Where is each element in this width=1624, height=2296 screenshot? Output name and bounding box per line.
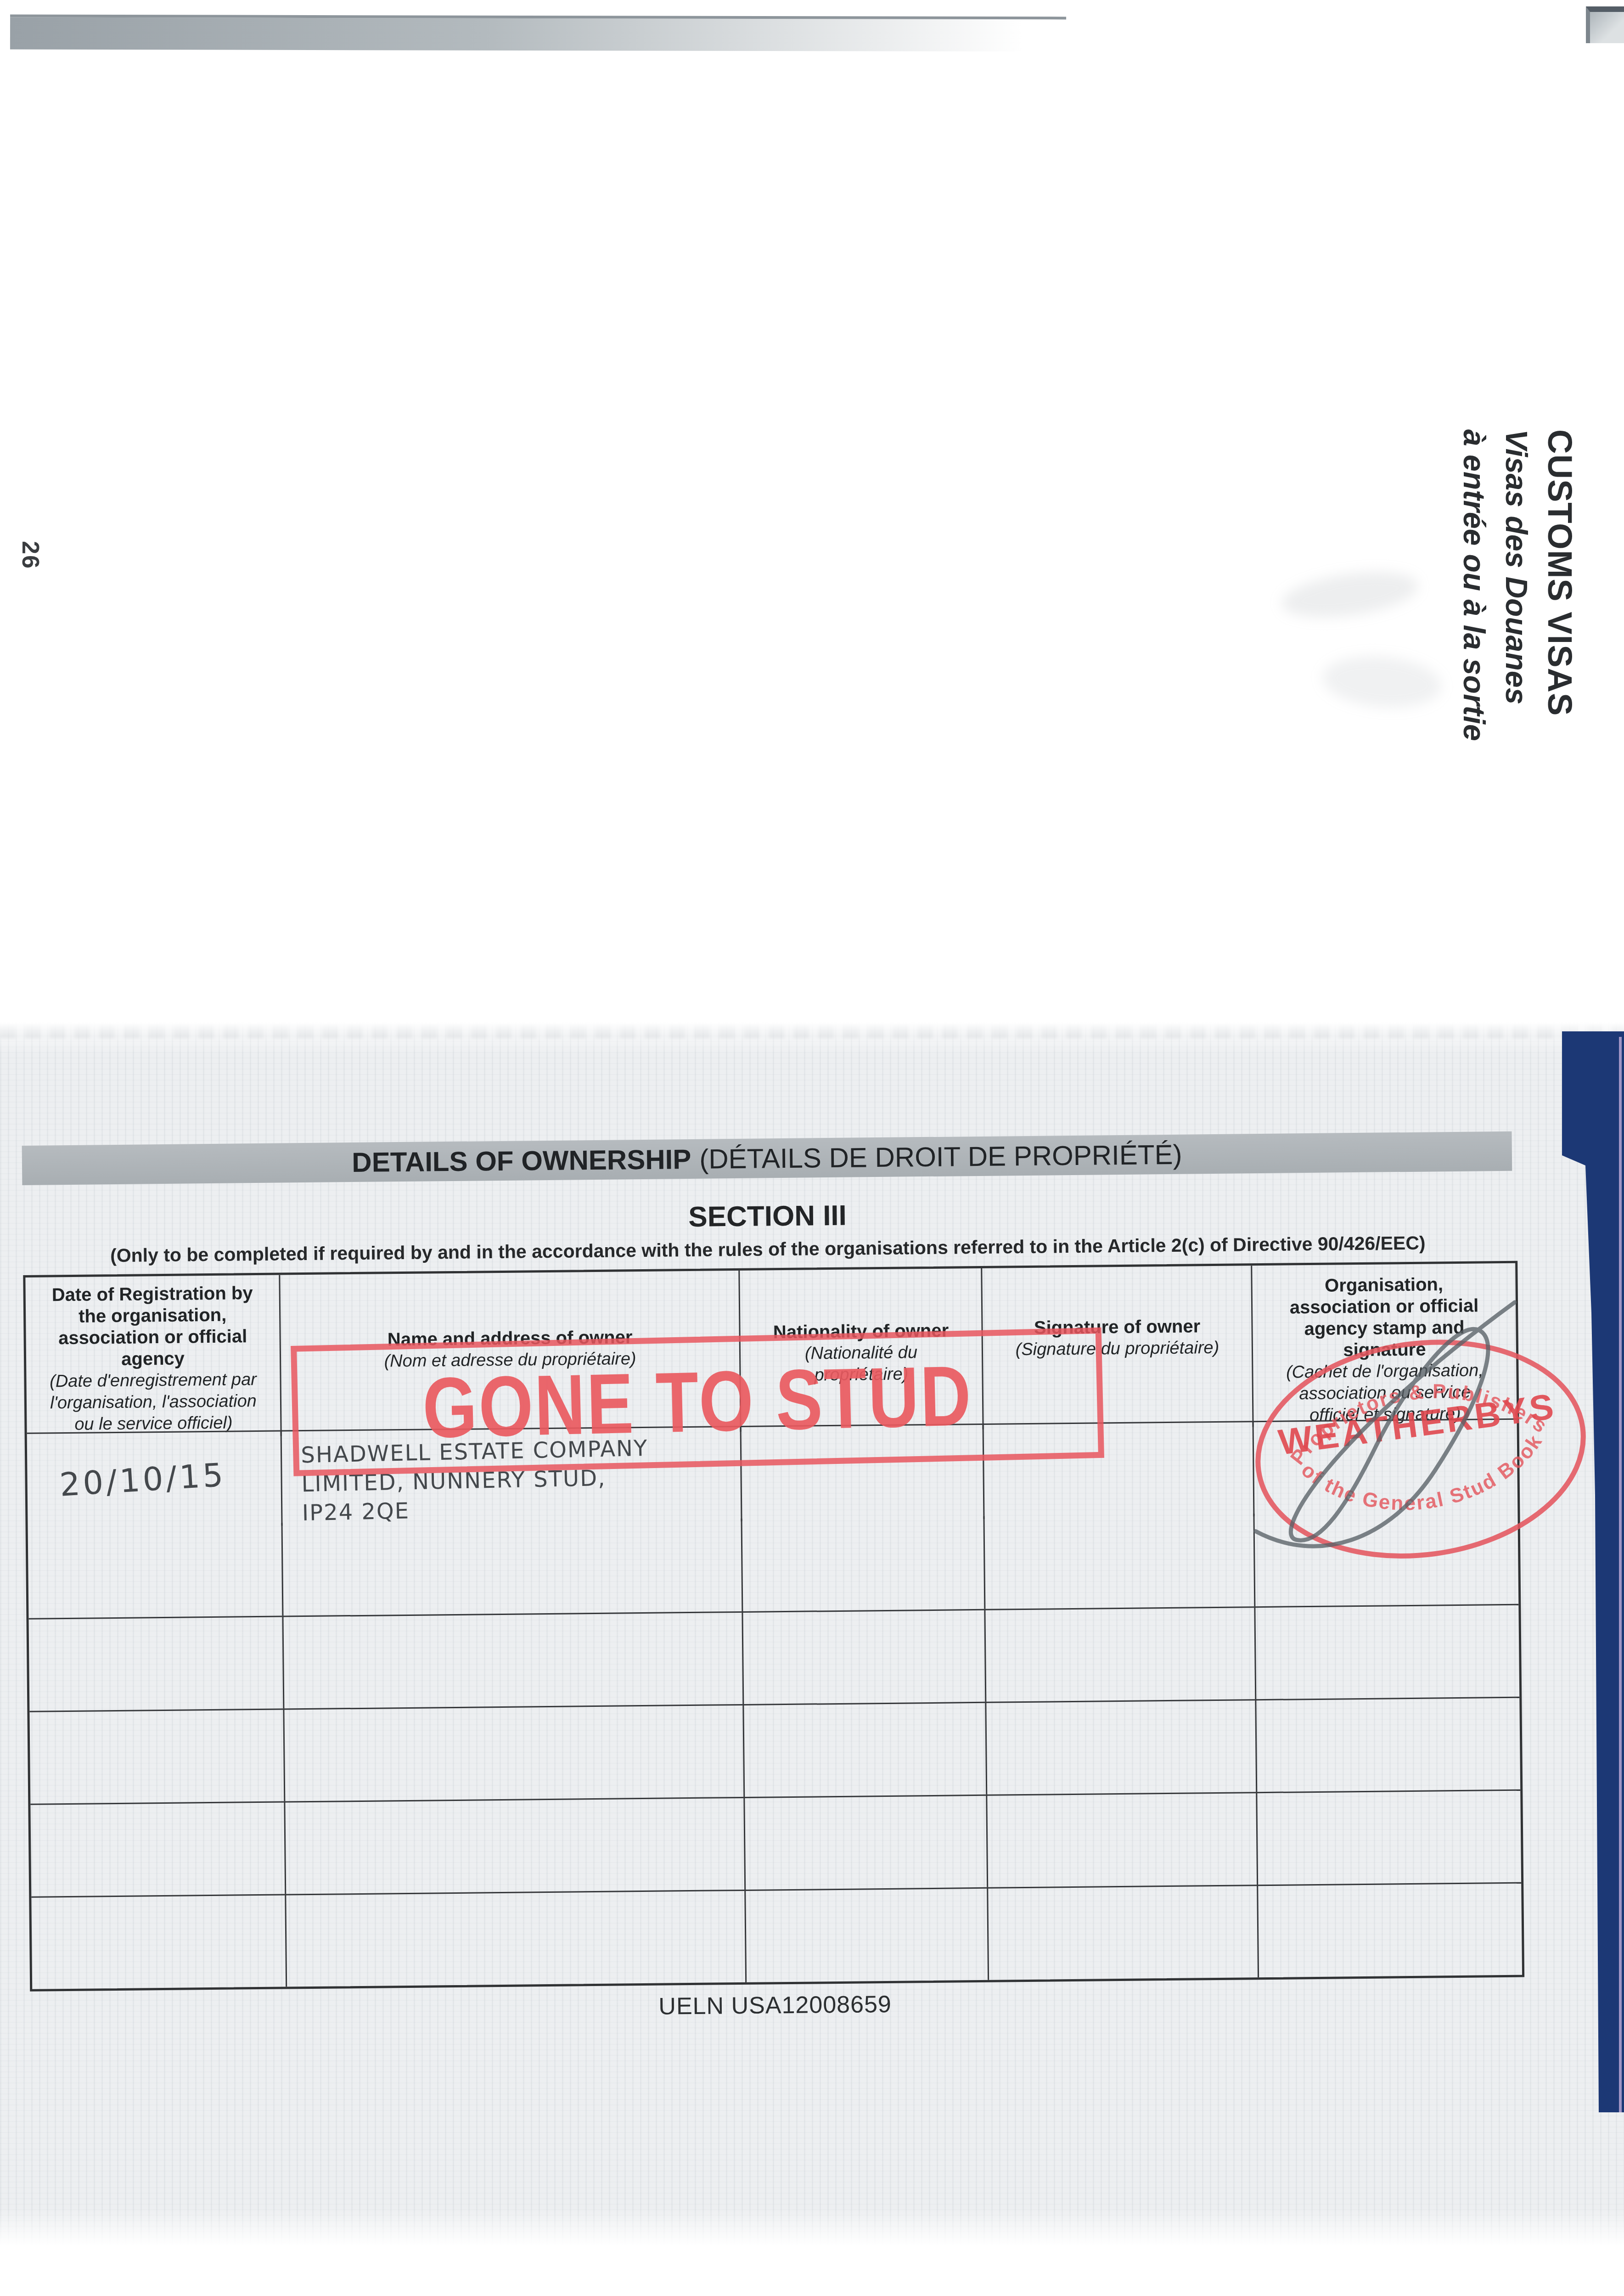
empty-cell xyxy=(1256,1790,1521,1885)
page-content: DETAILS OF OWNERSHIP (DÉTAILS DE DROIT D… xyxy=(0,1006,1624,2249)
empty-cell xyxy=(743,1795,987,1890)
empty-cell xyxy=(985,1699,1256,1795)
gone-to-stud-stamp-text: GONE TO STUD xyxy=(421,1347,973,1457)
gone-to-stud-stamp: GONE TO STUD xyxy=(291,1328,1104,1476)
table-row-empty xyxy=(29,1697,1520,1804)
details-of-ownership-header: DETAILS OF OWNERSHIP (DÉTAILS DE DROIT D… xyxy=(22,1131,1512,1185)
col-header-date-of-registration: Date of Registration by the organisation… xyxy=(25,1275,280,1439)
empty-cell xyxy=(31,1894,286,1989)
customs-visas-title: CUSTOMS VISAS xyxy=(1538,429,1582,769)
customs-visas-side-label: CUSTOMS VISAS Visas des Douanes à entrée… xyxy=(1449,429,1582,769)
empty-cell xyxy=(281,1519,742,1616)
booklet-edge-line xyxy=(1619,1037,1622,2112)
scanned-passport-page: 26 CUSTOMS VISAS Visas des Douanes à ent… xyxy=(0,0,1624,2296)
empty-cell xyxy=(282,1611,742,1709)
customs-visas-french-1: Visas des Douanes xyxy=(1495,429,1538,769)
weatherbys-stamp: Proprietors & Publishers WEATHERBYS of t… xyxy=(1220,1271,1621,1628)
handwritten-date: 20/10/15 xyxy=(58,1452,281,1504)
empty-cell xyxy=(983,1514,1254,1609)
page-number: 26 xyxy=(18,541,44,587)
empty-cell xyxy=(742,1609,985,1704)
empty-cell xyxy=(29,1709,284,1804)
empty-cell xyxy=(284,1797,744,1894)
cell-registration-date: 20/10/15 xyxy=(27,1430,281,1528)
empty-cell xyxy=(984,1606,1255,1702)
empty-cell xyxy=(28,1616,283,1711)
passport-page: DETAILS OF OWNERSHIP (DÉTAILS DE DROIT D… xyxy=(0,1022,1624,2249)
empty-cell xyxy=(1255,1697,1520,1792)
pencil-smudge xyxy=(1279,565,1421,625)
empty-cell xyxy=(283,1704,743,1801)
empty-cell xyxy=(28,1523,282,1618)
table-row-empty xyxy=(30,1790,1521,1896)
scan-corner-mark xyxy=(1586,6,1624,43)
pencil-smudge xyxy=(1321,652,1444,712)
empty-cell xyxy=(285,1890,745,1987)
customs-visas-french-2: à entrée ou à la sortie xyxy=(1453,429,1495,769)
empty-cell xyxy=(744,1887,988,1982)
empty-cell xyxy=(30,1801,285,1896)
section-title: SECTION III xyxy=(22,1193,1513,1240)
empty-cell xyxy=(741,1516,984,1611)
table-row-empty xyxy=(31,1882,1522,1989)
header-title-en: DETAILS OF OWNERSHIP xyxy=(352,1143,691,1178)
scan-edge-artifact xyxy=(10,15,1066,52)
empty-cell xyxy=(986,1792,1257,1887)
empty-cell xyxy=(987,1885,1258,1980)
ueln-number: UELN USA12008659 xyxy=(30,1985,1520,2026)
page-bottom-fade xyxy=(0,2208,1624,2250)
empty-cell xyxy=(1257,1882,1522,1978)
empty-cell xyxy=(742,1702,986,1797)
header-title-fr: (DÉTAILS DE DROIT DE PROPRIÉTÉ) xyxy=(699,1138,1182,1175)
